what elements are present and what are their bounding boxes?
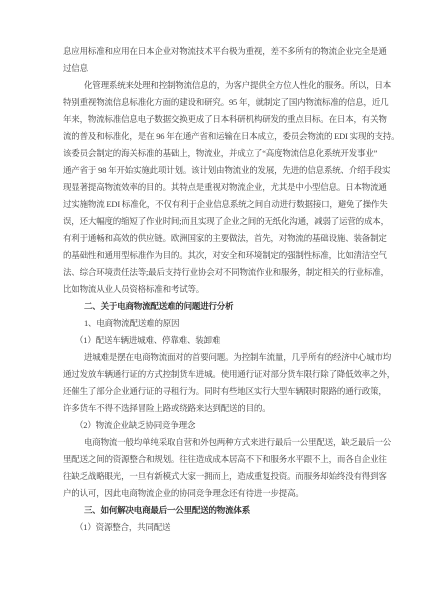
text-line: 流的普及和标准化，是在 96 年在通产省和运输在日本成立，委员会物流的 EDI …	[63, 128, 383, 145]
text-line: 现显著提高物流效率的目的。其特点是重视对物流企业，尤其是中小型信息。日本物流通	[63, 179, 383, 196]
document-text-block: 息应用标准和应用在日本企业对物流技术平台极为重视，差不多所有的物流企业完全是通 …	[63, 43, 383, 536]
text-line: 年来，物流标准信息电子数据交换更成了日本科研机构研发的重点目标。在日本，有关物	[63, 111, 383, 128]
text-line: 特别重视物流信息标准化方面的建设和研究。95 年，就制定了国内物流标准的信息，近…	[63, 94, 383, 111]
text-line: 许多货车不得不选择冒险上路或绕路来达到配送的目的。	[63, 400, 383, 417]
text-line: 误，还大幅度的缩短了作业时间;而且实现了企业之间的无纸化沟通，减弱了运营的成本，	[63, 213, 383, 230]
list-item-label: （1）资源整合，共同配送	[63, 519, 383, 536]
text-line: 里配送之间的资源整合和规划。往往造成成本居高不下和服务水平跟不上，而各自企业往	[63, 451, 383, 468]
text-line: 进城难是摆在电商物流面对的首要问题。为控制车流量，几乎所有的经济中心城市均	[63, 349, 383, 366]
text-line: 通过发放车辆通行证的方式控制货车进城。使用通行证对部分货车限行除了降低效率之外，	[63, 366, 383, 383]
text-line: 有利于通畅和高效的供应链。欧洲国家的主要做法，首先，对物流的基础设施、装备制定	[63, 230, 383, 247]
list-item-label: 1、电商物流配送难的原因	[63, 315, 383, 332]
text-line: 过实施物流 EDI 标准化，不仅有利于企业信息系统之间自动进行数据接口，避免了操…	[63, 196, 383, 213]
document-page: 息应用标准和应用在日本企业对物流技术平台极为重视，差不多所有的物流企业完全是通 …	[0, 0, 423, 600]
text-line: 过信息	[63, 60, 383, 77]
section-heading: 三、如何解决电商最后一公里配送的物流体系	[63, 502, 383, 519]
text-line: 该委员会制定的海关标准的基础上，物流业，并成立了“高度物流信息化系统开发事业”	[63, 145, 383, 162]
text-line: 往缺乏战略眼光，一旦有新模式大家一拥而上，造成重复投资。而服务却始终没有得到客	[63, 468, 383, 485]
list-item-label: （1）配送车辆进城难、停靠难、装卸难	[63, 332, 383, 349]
text-line: 通产省于 98 年开始实施此项计划。该计划由物流业的发展，先进的信息系统、介绍手…	[63, 162, 383, 179]
text-line: 还催生了部分企业通行证的寻租行为。同时有些地区实行大型车辆限时限路的通行政策，	[63, 383, 383, 400]
section-heading: 二、关于电商物流配送难的问题进行分析	[63, 298, 383, 315]
text-line: 户的认可，因此电商物流企业的协同竞争理念还有待进一步提高。	[63, 485, 383, 502]
list-item-label: （2）物流企业缺乏协同竞争理念	[63, 417, 383, 434]
text-line: 法、综合环境责任法等;最后支持行业协会对不同物流作业和服务，制定相关的行业标准，	[63, 264, 383, 281]
text-line: 比如物流从业人员资格标准和考试等。	[63, 281, 383, 298]
text-line: 化管理系统来处理和控制物流信息的，为客户提供全方位人性化的服务。所以，日本	[63, 77, 383, 94]
text-line: 息应用标准和应用在日本企业对物流技术平台极为重视，差不多所有的物流企业完全是通	[63, 43, 383, 60]
text-line: 的基础性和通用型标准作为目的。其次，对安全和环境制定的强制性标准，比如清洁空气	[63, 247, 383, 264]
text-line: 电商物流一般均单纯采取自营和外包两种方式来进行最后一公里配送，缺乏最后一公	[63, 434, 383, 451]
